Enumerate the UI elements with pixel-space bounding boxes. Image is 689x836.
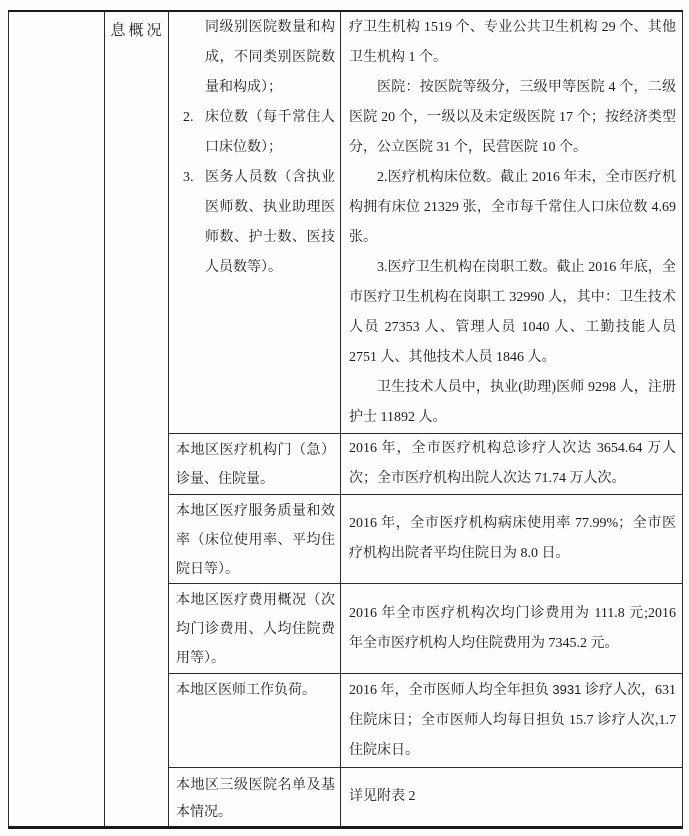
list-number: 3. — [183, 163, 194, 193]
detail-cell: 2016 年，全市医疗机构总诊疗人次达 3654.64 万人次；全市医疗机构出院… — [341, 434, 682, 494]
detail-text-part: 2016 年，全市医师人均全年担负 — [349, 683, 552, 698]
detail-paragraph: 医院：按医院等级分，三级甲等医院 4 个，二级医院 20 个，一级以及未定级医院… — [349, 73, 676, 163]
document-page: 息概况 同级别医院数量和构成，不同类别医院数量和构成）； 2. 床位数（每千常住… — [0, 0, 689, 836]
table-row: 本地区医疗服务质量和效率（床位使用率、平均住院日等）。 2016 年，全市医疗机… — [169, 495, 682, 584]
detail-cell: 2016 年，全市医师人均全年担负 3931 诊疗人次，631 住院床日；全市医… — [341, 674, 682, 767]
criteria-text: 本地区医疗机构门（急）诊量、住院量。 — [176, 436, 335, 494]
detail-cell: 疗卫生机构 1519 个、专业公共卫生机构 29 个、其他卫生机构 1 个。 医… — [341, 12, 682, 433]
criteria-list-item: 同级别医院数量和构成，不同类别医院数量和构成）； — [176, 13, 335, 103]
table-row: 本地区医疗费用概况（次均门诊费用、人均住院费用等）。 2016 年全市医疗机构次… — [169, 584, 682, 674]
detail-paragraph: 2016 年，全市医疗机构总诊疗人次达 3654.64 万人次；全市医疗机构出院… — [349, 434, 676, 494]
workload-visits-number: 3931 — [552, 682, 581, 697]
criteria-cell: 本地区医师工作负荷。 — [169, 674, 341, 767]
table-row: 同级别医院数量和构成，不同类别医院数量和构成）； 2. 床位数（每千常住人口床位… — [169, 12, 682, 434]
table-row: 本地区医师工作负荷。 2016 年，全市医师人均全年担负 3931 诊疗人次，6… — [169, 674, 682, 768]
criteria-text: 本地区医师工作负荷。 — [176, 676, 335, 705]
detail-paragraph: 2016 年，全市医师人均全年担负 3931 诊疗人次，631 住院床日；全市医… — [349, 675, 676, 766]
detail-paragraph: 3.医疗卫生机构在岗职工数。截止 2016 年底，全市医疗卫生机构在岗职工 32… — [349, 253, 676, 373]
criteria-list-item: 3. 医务人员数（含执业医师数、执业助理医师数、护士数、医技人员数等）。 — [176, 163, 335, 283]
list-number: 2. — [183, 103, 194, 133]
detail-paragraph: 2016 年，全市医疗机构病床使用率 77.99%；全市医疗机构出院者平均住院日… — [349, 509, 676, 569]
criteria-text: 本地区医疗费用概况（次均门诊费用、人均住院费用等）。 — [176, 586, 335, 673]
detail-paragraph: 2016 年全市医疗机构次均门诊费用为 111.8 元;2016 年全市医疗机构… — [349, 599, 676, 659]
detail-paragraph: 疗卫生机构 1519 个、专业公共卫生机构 29 个、其他卫生机构 1 个。 — [349, 13, 676, 73]
criteria-text: 本地区三级医院名单及基本情况。 — [176, 772, 335, 826]
detail-cell: 详见附表 2 — [341, 768, 682, 826]
criteria-cell: 同级别医院数量和构成，不同类别医院数量和构成）； 2. 床位数（每千常住人口床位… — [169, 12, 341, 433]
criteria-text: 本地区医疗服务质量和效率（床位使用率、平均住院日等）。 — [176, 497, 335, 584]
section-label: 息概况 — [107, 19, 168, 40]
criteria-text: 同级别医院数量和构成，不同类别医院数量和构成）； — [205, 20, 335, 95]
detail-cell: 2016 年，全市医疗机构病床使用率 77.99%；全市医疗机构出院者平均住院日… — [341, 495, 682, 583]
table-row: 本地区医疗机构门（急）诊量、住院量。 2016 年，全市医疗机构总诊疗人次达 3… — [169, 434, 682, 495]
criteria-text: 床位数（每千常住人口床位数）； — [205, 110, 335, 155]
health-info-table: 息概况 同级别医院数量和构成，不同类别医院数量和构成）； 2. 床位数（每千常住… — [8, 10, 683, 829]
criteria-text: 医务人员数（含执业医师数、执业助理医师数、护士数、医技人员数等）。 — [205, 170, 335, 275]
table-row: 本地区三级医院名单及基本情况。 详见附表 2 — [169, 768, 682, 826]
criteria-cell: 本地区医疗费用概况（次均门诊费用、人均住院费用等）。 — [169, 584, 341, 673]
criteria-cell: 本地区医疗服务质量和效率（床位使用率、平均住院日等）。 — [169, 495, 341, 583]
detail-paragraph: 卫生技术人员中，执业(助理)医师 9298 人，注册护士 11892 人。 — [349, 373, 676, 433]
criteria-cell: 本地区医疗机构门（急）诊量、住院量。 — [169, 434, 341, 494]
criteria-cell: 本地区三级医院名单及基本情况。 — [169, 768, 341, 826]
detail-paragraph: 详见附表 2 — [349, 782, 676, 812]
table-col-section: 息概况 — [105, 12, 169, 826]
table-main-columns: 同级别医院数量和构成，不同类别医院数量和构成）； 2. 床位数（每千常住人口床位… — [169, 12, 682, 826]
detail-paragraph: 2.医疗机构床位数。截止 2016 年末，全市医疗机构拥有床位 21329 张，… — [349, 163, 676, 253]
table-col-empty — [9, 12, 105, 826]
detail-cell: 2016 年全市医疗机构次均门诊费用为 111.8 元;2016 年全市医疗机构… — [341, 584, 682, 673]
criteria-list-item: 2. 床位数（每千常住人口床位数）； — [176, 103, 335, 163]
